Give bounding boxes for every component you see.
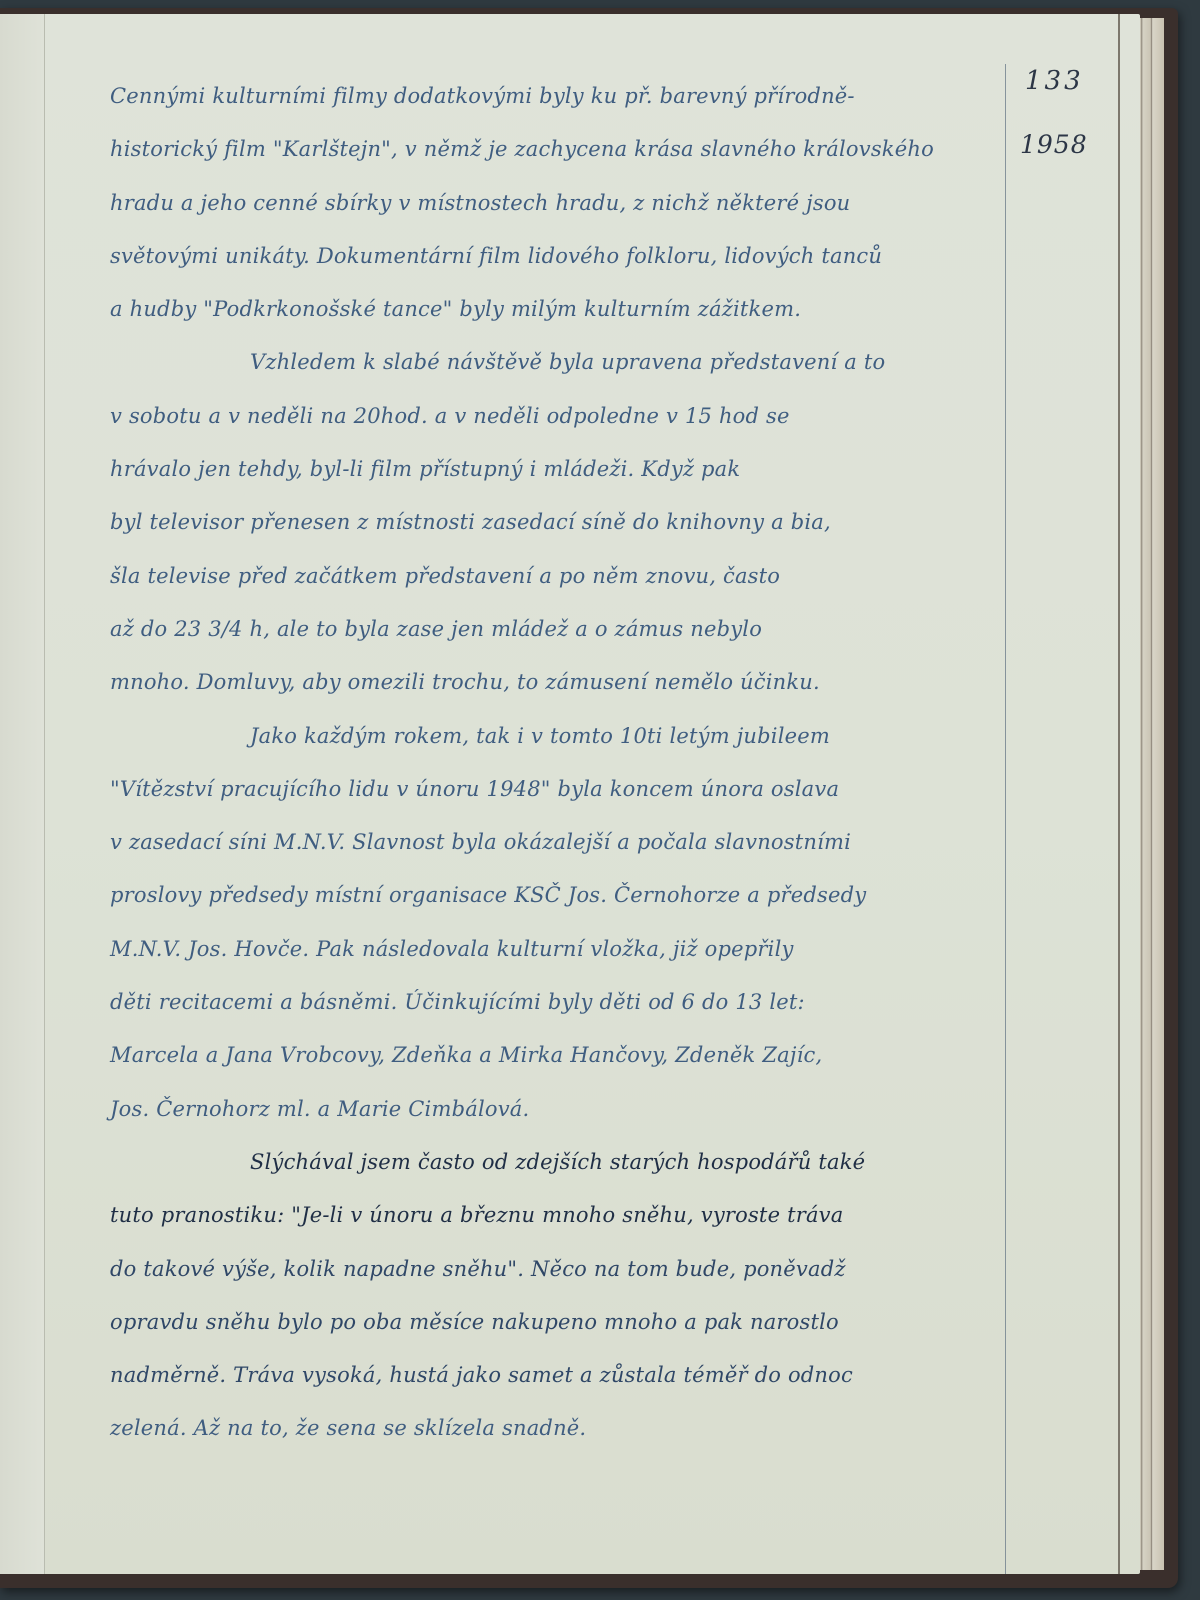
handwritten-text: Cennými kulturními filmy dodatkovými byl… (110, 70, 1010, 1456)
paragraph-start-line: Vzhledem k slabé návštěvě byla upravena … (110, 336, 1010, 389)
chronicle-page: 133 1958 Cennými kulturními filmy dodatk… (0, 14, 1140, 1574)
text-line: proslovy předsedy místní organisace KSČ … (110, 869, 1010, 922)
text-line: a hudby "Podkrkonošské tance" byly milým… (110, 283, 1010, 336)
paragraph-start-line: Jako každým rokem, tak i v tomto 10ti le… (110, 710, 1010, 763)
text-line: světovými unikáty. Dokumentární film lid… (110, 230, 1010, 283)
page-number: 133 (1025, 66, 1084, 96)
text-line: "Vítězství pracujícího lidu v únoru 1948… (110, 763, 1010, 816)
text-line: až do 23 3/4 h, ale to byla zase jen mlá… (110, 603, 1010, 656)
text-line: šla televise před začátkem představení a… (110, 550, 1010, 603)
text-line: tuto pranostiku: "Je-li v únoru a březnu… (110, 1189, 1010, 1242)
text-line: Cennými kulturními filmy dodatkovými byl… (110, 70, 1010, 123)
text-line: mnoho. Domluvy, aby omezili trochu, to z… (110, 656, 1010, 709)
text-line: hradu a jeho cenné sbírky v místnostech … (110, 177, 1010, 230)
text-line: byl televisor přenesen z místnosti zased… (110, 496, 1010, 549)
page-border-line (1118, 14, 1120, 1574)
text-line: Jos. Černohorz ml. a Marie Cimbálová. (110, 1083, 1010, 1136)
text-line: zelená. Až na to, že sena se sklízela sn… (110, 1402, 1010, 1455)
year-annotation: 1958 (1020, 130, 1088, 159)
text-line: M.N.V. Jos. Hovče. Pak následovala kultu… (110, 923, 1010, 976)
text-line: do takové výše, kolik napadne sněhu". Ně… (110, 1243, 1010, 1296)
paragraph-start-line: Slýchával jsem často od zdejších starých… (110, 1136, 1010, 1189)
text-line: Marcela a Jana Vrobcovy, Zdeňka a Mirka … (110, 1029, 1010, 1082)
text-line: děti recitacemi a básněmi. Účinkujícími … (110, 976, 1010, 1029)
text-line: historický film "Karlštejn", v němž je z… (110, 123, 1010, 176)
text-line: v sobotu a v neděli na 20hod. a v neděli… (110, 390, 1010, 443)
text-line: nadměrně. Tráva vysoká, hustá jako samet… (110, 1349, 1010, 1402)
facing-page-edge (0, 14, 45, 1574)
text-line: v zasedací síni M.N.V. Slavnost byla oká… (110, 816, 1010, 869)
text-line: opravdu sněhu bylo po oba měsíce nakupen… (110, 1296, 1010, 1349)
text-line: hrávalo jen tehdy, byl-li film přístupný… (110, 443, 1010, 496)
